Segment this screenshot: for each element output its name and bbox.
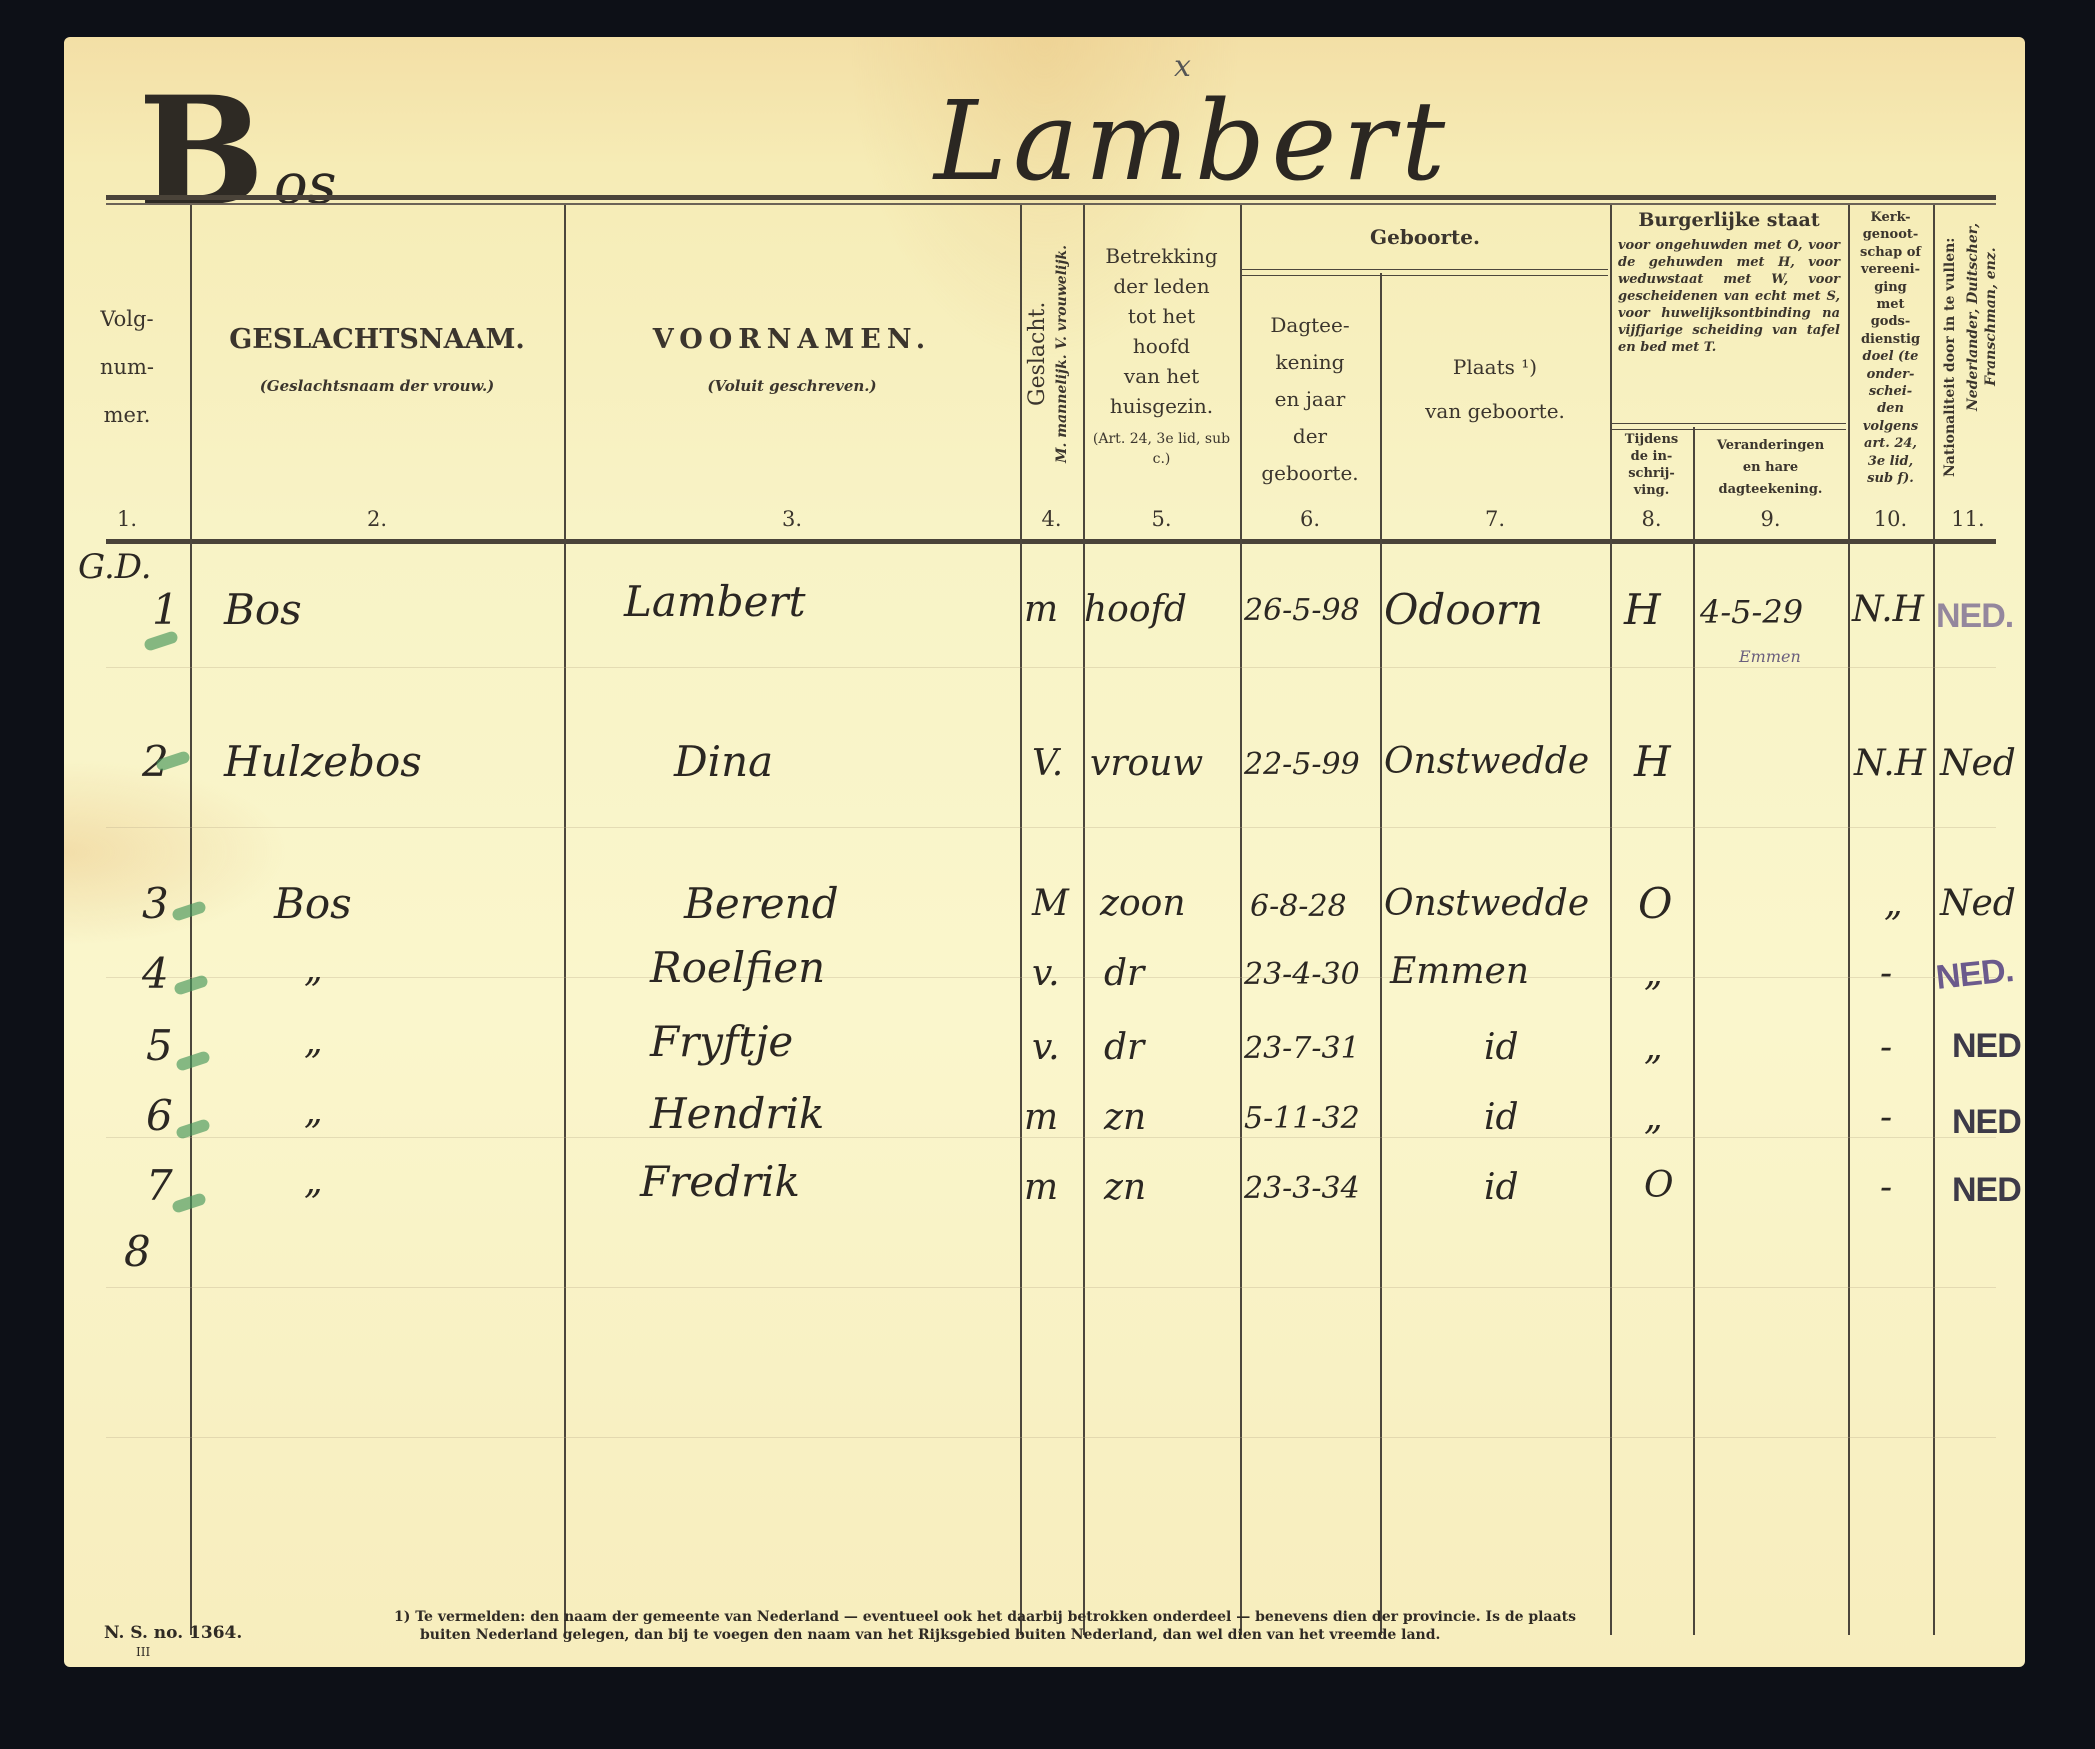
row2-church: N.H <box>1854 743 1926 784</box>
col11-subtitle: Nederlander, Duitscher, Franschman, enz. <box>1964 217 2004 417</box>
green-check-mark <box>171 900 207 922</box>
row8-num: 8 <box>124 1227 151 1276</box>
row3-church: „ <box>1884 883 1903 924</box>
col6-line: en jaar <box>1240 381 1380 418</box>
divider-6 <box>1380 273 1382 1635</box>
row5-relation: dr <box>1104 1027 1144 1068</box>
col3-number: 3. <box>564 507 1020 531</box>
header-bottom-rule <box>106 539 1996 544</box>
row7-church: - <box>1880 1167 1892 1208</box>
col9-line: en hare <box>1693 457 1848 479</box>
col4-number: 4. <box>1020 507 1083 531</box>
form-sub: III <box>136 1645 150 1659</box>
row1-civil-change-note: Emmen <box>1739 647 1801 666</box>
row3-relation: zoon <box>1100 883 1186 924</box>
row5-birth-date: 23-7-31 <box>1244 1031 1360 1066</box>
col10-line: met <box>1848 296 1933 313</box>
row5-civil-status: „ <box>1644 1027 1663 1068</box>
row1-num: 1 <box>152 585 179 634</box>
header-top-rule <box>106 195 1996 200</box>
col5-line: der leden <box>1083 271 1240 301</box>
col5-number: 5. <box>1083 507 1240 531</box>
row1-church: N.H <box>1852 589 1924 630</box>
col3-title: VOORNAMEN. <box>564 323 1020 357</box>
row3-birth-place: Onstwedde <box>1384 883 1589 924</box>
row4-birth-date: 23-4-30 <box>1244 957 1360 992</box>
col10-number: 10. <box>1848 507 1933 531</box>
col5-line: huisgezin. <box>1083 391 1240 421</box>
row3-birth-date: 6-8-28 <box>1250 889 1347 924</box>
row4-nationality-stamp: NED. <box>1934 951 2015 998</box>
col10-line: onder- <box>1848 366 1933 383</box>
row6-birth-place: id <box>1484 1097 1519 1138</box>
row4-num: 4 <box>142 949 169 998</box>
col10-line: gods- <box>1848 313 1933 330</box>
row4-sex: v. <box>1032 953 1060 994</box>
row2-sex: V. <box>1032 743 1063 784</box>
row3-given: Berend <box>684 879 839 928</box>
col9-header: Veranderingen en hare dagteekening. <box>1693 435 1848 501</box>
col11-number: 11. <box>1933 507 2003 531</box>
col10-line: sub f). <box>1848 470 1933 487</box>
row4-civil-status: „ <box>1644 953 1663 994</box>
divider-2 <box>564 205 566 1635</box>
row3-civil-status: O <box>1638 879 1672 928</box>
row7-given: Fredrik <box>640 1157 800 1206</box>
col8-line: de in- <box>1610 448 1693 465</box>
row7-num: 7 <box>146 1161 173 1210</box>
row2-surname: Hulzebos <box>224 737 422 786</box>
col2-number: 2. <box>190 507 564 531</box>
col10-line: art. 24, <box>1848 435 1933 452</box>
divider-10 <box>1933 205 1935 1635</box>
col2-subtitle: (Geslachtsnaam der vrouw.) <box>190 377 564 396</box>
row6-nationality-stamp: NED <box>1952 1103 2021 1142</box>
col9-line: Veranderingen <box>1693 435 1848 457</box>
col8-number: 8. <box>1610 507 1693 531</box>
row5-surname: „ <box>304 1021 323 1062</box>
row3-nationality: Ned <box>1940 883 2016 924</box>
row5-sex: v. <box>1032 1027 1060 1068</box>
col5-note: (Art. 24, 3e lid, sub c.) <box>1089 429 1234 469</box>
row7-sex: m <box>1024 1167 1058 1208</box>
row3-num: 3 <box>142 879 169 928</box>
col10-line: schei- <box>1848 383 1933 400</box>
col7-title: Plaats ¹) <box>1380 355 1610 380</box>
surname-handwritten: os <box>274 152 336 217</box>
form-id: N. S. no. 1364. <box>104 1623 242 1643</box>
footnote-line-2: buiten Nederland gelegen, dan bij te voe… <box>420 1627 1440 1643</box>
col7-subtitle: van geboorte. <box>1380 399 1610 424</box>
col8-line: Tijdens <box>1610 431 1693 448</box>
col1-header: Volg- num- mer. <box>64 295 190 439</box>
col6-line: kening <box>1240 344 1380 381</box>
col11-title: Nationaliteit door in te vullen: <box>1942 217 1964 497</box>
row5-church: - <box>1880 1027 1892 1068</box>
row1-nationality-stamp: NED. <box>1936 597 2013 636</box>
first-name-handwritten: Lambert <box>934 77 1451 205</box>
footnote-line-1: 1) Te vermelden: den naam der gemeente v… <box>394 1609 1576 1625</box>
row2-given: Dina <box>674 737 773 786</box>
registration-card: B os Lambert x Volg- num- mer. 1. GESLAC… <box>64 37 2025 1667</box>
row3-sex: M <box>1032 883 1069 924</box>
col10-line: doel (te <box>1848 348 1933 365</box>
row1-sex: m <box>1024 589 1058 630</box>
row6-num: 6 <box>146 1091 173 1140</box>
row5-num: 5 <box>146 1021 173 1070</box>
col4-subtitle: M. mannelijk. V. vrouwelijk. <box>1054 209 1080 499</box>
ruled-line <box>106 667 1996 668</box>
divider-1 <box>190 205 192 1635</box>
row2-relation: vrouw <box>1090 743 1203 784</box>
col7-number: 7. <box>1380 507 1610 531</box>
row5-birth-place: id <box>1484 1027 1519 1068</box>
divider-7 <box>1610 205 1612 1635</box>
col9-number: 9. <box>1693 507 1848 531</box>
row1-relation: hoofd <box>1084 589 1187 630</box>
col10-line: volgens <box>1848 418 1933 435</box>
col6-line: der <box>1240 418 1380 455</box>
row1-civil-change: 4-5-29 <box>1700 593 1803 631</box>
margin-note: G.D. <box>78 547 152 587</box>
burgerlijke-group-description: voor ongehuwden met O, voor de gehuwden … <box>1618 237 1840 356</box>
row5-nationality-stamp: NED <box>1952 1027 2021 1066</box>
row6-church: - <box>1880 1097 1892 1138</box>
col10-line: schap of <box>1848 244 1933 261</box>
col10-line: dienstig <box>1848 331 1933 348</box>
col5-header: Betrekking der leden tot het hoofd van h… <box>1083 241 1240 421</box>
col5-line: tot het <box>1083 301 1240 331</box>
col4-title: Geslacht. <box>1024 209 1054 499</box>
green-check-mark <box>171 1192 207 1214</box>
col8-line: schrij- <box>1610 465 1693 482</box>
col10-line: genoot- <box>1848 226 1933 243</box>
row6-civil-status: „ <box>1644 1097 1663 1138</box>
burgerlijke-group-title: Burgerlijke staat <box>1610 209 1848 233</box>
col3-subtitle: (Voluit geschreven.) <box>564 377 1020 396</box>
ruled-line <box>106 1437 1996 1438</box>
col10-line: vereeni- <box>1848 261 1933 278</box>
col6-line: geboorte. <box>1240 455 1380 492</box>
row4-relation: dr <box>1104 953 1144 994</box>
col1-number: 1. <box>64 507 190 531</box>
col5-line: hoofd <box>1083 331 1240 361</box>
corner-mark: x <box>1174 49 1191 84</box>
row1-birth-date: 26-5-98 <box>1244 593 1360 628</box>
col9-line: dagteekening. <box>1693 479 1848 501</box>
geboorte-group-title: Geboorte. <box>1240 225 1610 250</box>
row7-birth-date: 23-3-34 <box>1244 1171 1360 1206</box>
header-top-rule-thin <box>106 203 1996 205</box>
row2-birth-date: 22-5-99 <box>1244 747 1360 782</box>
row6-birth-date: 5-11-32 <box>1244 1101 1360 1136</box>
col10-header: Kerk- genoot- schap of vereeni- ging met… <box>1848 209 1933 488</box>
row1-surname: Bos <box>224 585 302 634</box>
divider-3 <box>1020 205 1022 1635</box>
col1-line: mer. <box>64 391 190 439</box>
row7-relation: zn <box>1104 1167 1146 1208</box>
ruled-line <box>106 1287 1996 1288</box>
row7-birth-place: id <box>1484 1167 1519 1208</box>
row7-civil-status: O <box>1644 1165 1674 1206</box>
col10-line: den <box>1848 400 1933 417</box>
col10-line: 3e lid, <box>1848 453 1933 470</box>
burgerlijke-group-rule <box>1612 423 1846 430</box>
col2-title: GESLACHTSNAAM. <box>190 323 564 357</box>
row6-given: Hendrik <box>650 1089 824 1138</box>
row1-civil-status: H <box>1624 585 1661 634</box>
col8-header: Tijdens de in- schrij- ving. <box>1610 431 1693 499</box>
row7-nationality-stamp: NED <box>1952 1171 2021 1210</box>
col6-line: Dagtee- <box>1240 307 1380 344</box>
row3-surname: Bos <box>274 879 352 928</box>
row6-sex: m <box>1024 1097 1058 1138</box>
col8-line: ving. <box>1610 482 1693 499</box>
col5-line: Betrekking <box>1083 241 1240 271</box>
ruled-line <box>106 827 1996 828</box>
col10-line: Kerk- <box>1848 209 1933 226</box>
col1-line: num- <box>64 343 190 391</box>
row6-surname: „ <box>304 1091 323 1132</box>
col6-header: Dagtee- kening en jaar der geboorte. <box>1240 307 1380 492</box>
geboorte-group-rule <box>1242 269 1608 276</box>
row1-given: Lambert <box>624 577 805 626</box>
row4-given: Roelfien <box>650 943 825 992</box>
col5-line: van het <box>1083 361 1240 391</box>
row4-surname: „ <box>304 949 323 990</box>
row7-surname: „ <box>304 1161 323 1202</box>
row6-relation: zn <box>1104 1097 1146 1138</box>
row4-birth-place: Emmen <box>1390 951 1529 992</box>
row2-nationality: Ned <box>1940 743 2016 784</box>
row2-birth-place: Onstwedde <box>1384 741 1589 782</box>
col6-number: 6. <box>1240 507 1380 531</box>
col10-line: ging <box>1848 279 1933 296</box>
row5-given: Fryftje <box>650 1017 793 1066</box>
row2-civil-status: H <box>1634 737 1671 786</box>
row4-church: - <box>1880 953 1892 994</box>
col1-line: Volg- <box>64 295 190 343</box>
green-check-mark <box>175 1050 211 1072</box>
divider-8 <box>1693 427 1695 1635</box>
row1-birth-place: Odoorn <box>1384 585 1543 634</box>
